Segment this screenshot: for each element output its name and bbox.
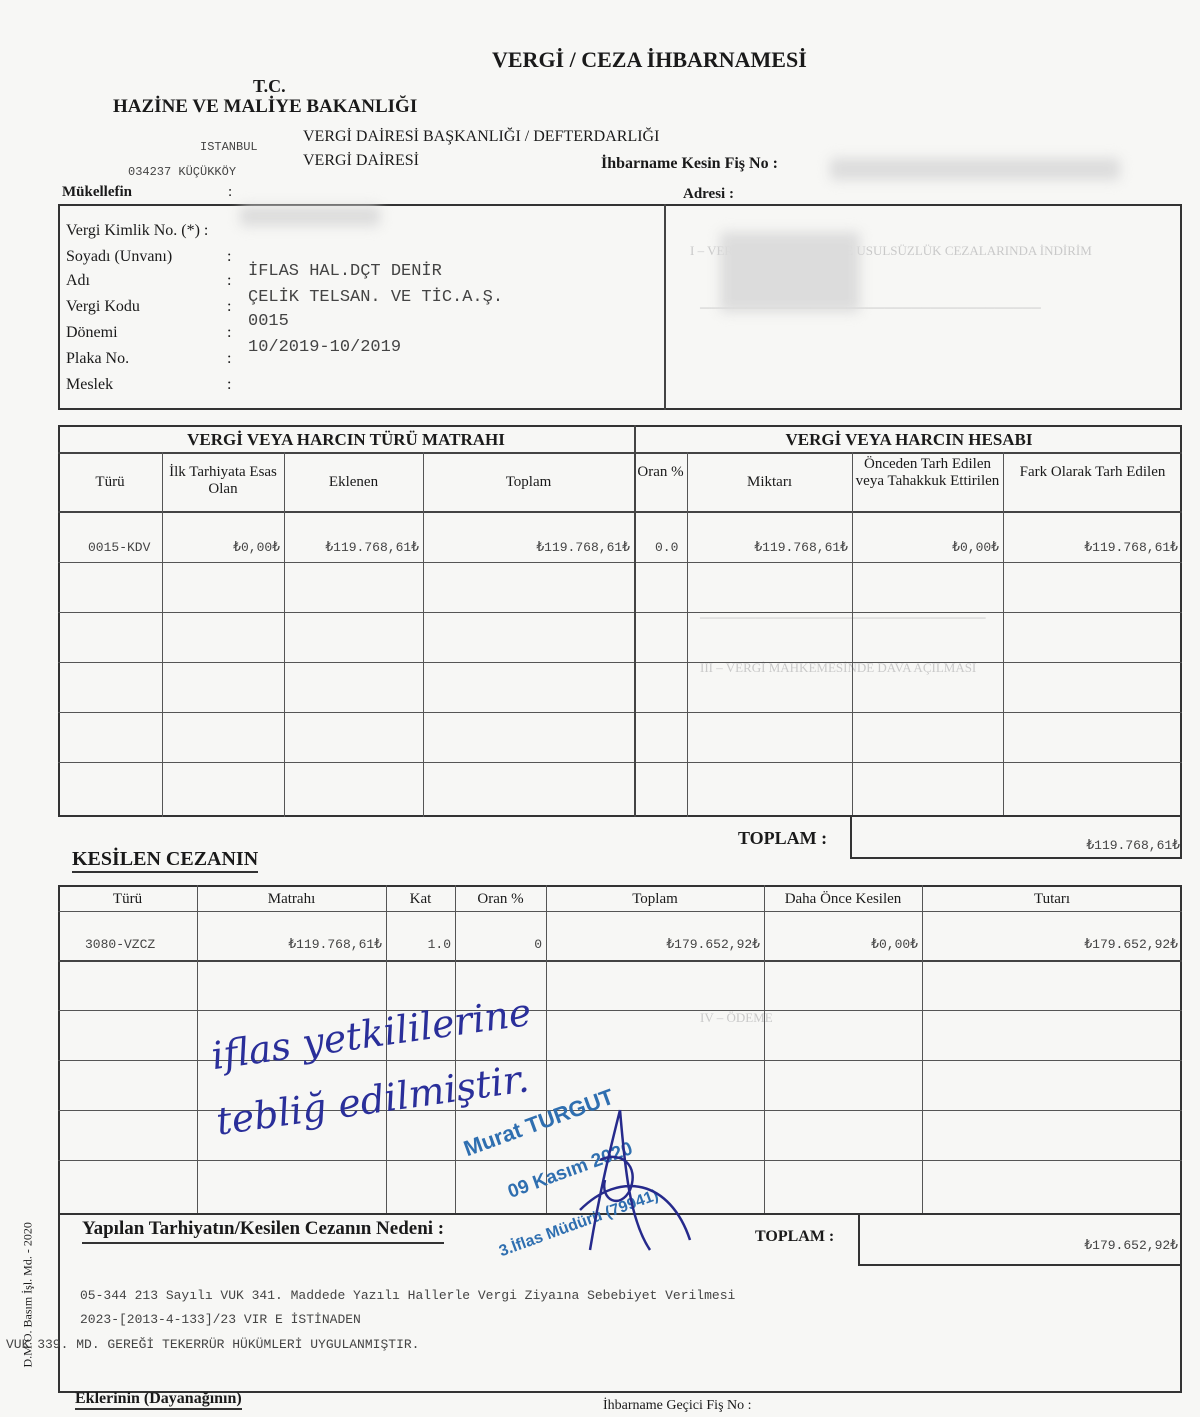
column-header: Daha Önce Kesilen [764, 891, 922, 908]
tax-table-rule [58, 712, 1182, 713]
column-header: Miktarı [687, 474, 852, 491]
tax-table-col [1003, 452, 1004, 817]
tax-table-rule [58, 762, 1182, 763]
tax-table-rule [58, 511, 1182, 513]
column-header: Fark Olarak Tarh Edilen [1003, 464, 1182, 481]
printer-mark: D.M.O. Basım İşl. Md. - 2020 [21, 1188, 36, 1368]
table-cell: 3080-VZCZ [85, 937, 155, 952]
penalty-table-col [455, 885, 456, 1215]
penalty-table-rule [58, 911, 1182, 912]
tax-table-col [162, 452, 163, 817]
field-label: Vergi Kimlik No. (*) : [66, 222, 208, 240]
tax-table-col [852, 452, 853, 817]
penalty-table-col [764, 885, 765, 1215]
column-header: Türü [58, 474, 162, 491]
penalty-total-label: TOPLAM : [755, 1228, 834, 1246]
column-header: Tutarı [922, 891, 1182, 908]
column-header: Oran % [455, 891, 546, 908]
tax-table-rule [58, 662, 1182, 663]
penalty-table-rule [58, 1010, 1182, 1011]
table-cell: ₺179.652,92₺ [1084, 937, 1178, 952]
table-cell: ₺119.768,61₺ [754, 540, 848, 555]
field-label: Plaka No. [66, 350, 129, 368]
field-colon: : [227, 298, 231, 316]
field-label: Dönemi [66, 324, 118, 342]
reason-line-1: 05-344 213 Sayılı VUK 341. Maddede Yazıl… [80, 1288, 735, 1303]
column-header: İlk Tarhiyata Esas Olan [162, 464, 284, 498]
kesin-fis-label: İhbarname Kesin Fiş No : [601, 155, 778, 173]
gecici-fis-label: İhbarname Geçici Fiş No : [603, 1398, 752, 1414]
penalty-table-col [197, 885, 198, 1215]
penalty-title: KESİLEN CEZANIN [72, 848, 258, 873]
redacted-address [720, 232, 860, 312]
redacted-fis-no [830, 158, 1120, 180]
table-cell: ₺179.652,92₺ [666, 937, 760, 952]
ekler-label: Eklerinin (Dayanağının) [75, 1390, 242, 1410]
field-colon: : [227, 324, 231, 342]
tax-table-col [687, 452, 688, 817]
office-code: 034237 KÜÇÜKKÖY [128, 165, 236, 179]
mukellefin-label: Mükellefin [62, 184, 132, 201]
table-cell: 0.0 [655, 540, 678, 555]
field-colon: : [227, 248, 231, 266]
column-header: Türü [58, 891, 197, 908]
office-line1: VERGİ DAİRESİ BAŞKANLIĞI / DEFTERDARLIĞI [303, 128, 659, 146]
penalty-table-col [922, 885, 923, 1215]
taxpayer-divider [664, 204, 666, 410]
field-value: 10/2019-10/2019 [248, 338, 401, 357]
table-cell: 0 [534, 937, 542, 952]
field-colon: : [227, 272, 231, 290]
field-colon: : [227, 350, 231, 368]
office-line2: VERGİ DAİRESİ [303, 152, 419, 170]
tc-label: T.C. [253, 76, 286, 97]
column-header: Kat [386, 891, 455, 908]
reason-line-2: 2023-[2013-4-133]/23 VIR E İSTİNADEN [80, 1312, 361, 1327]
table-cell: 0015-KDV [88, 540, 150, 555]
tax-table-rule [58, 612, 1182, 613]
tax-right-title: VERGİ VEYA HARCIN HESABI [636, 430, 1182, 450]
field-label: Vergi Kodu [66, 298, 140, 316]
tax-table-col [423, 452, 424, 817]
adresi-label: Adresi : [683, 186, 734, 203]
tax-left-title: VERGİ VEYA HARCIN TÜRÜ MATRAHI [58, 430, 634, 450]
table-cell: ₺119.768,61₺ [536, 540, 630, 555]
tax-table-rule [58, 452, 1182, 454]
field-colon: : [227, 376, 231, 394]
field-value: 0015 [248, 312, 289, 331]
field-label: Adı [66, 272, 90, 290]
document-title: VERGİ / CEZA İHBARNAMESİ [492, 47, 807, 73]
column-header: Oran % [634, 464, 687, 481]
table-cell: ₺0,00₺ [233, 540, 280, 555]
column-header: Matrahı [197, 891, 386, 908]
table-cell: ₺119.768,61₺ [1084, 540, 1178, 555]
reason-label: Yapılan Tarhiyatın/Kesilen Cezanın Neden… [82, 1218, 444, 1244]
column-header: Önceden Tarh Edilen veya Tahakkuk Ettiri… [852, 456, 1003, 490]
tax-table-rule [58, 562, 1182, 563]
table-cell: ₺0,00₺ [952, 540, 999, 555]
redacted-tax-id [240, 206, 380, 226]
penalty-table-rule [58, 960, 1182, 962]
table-cell: ₺119.768,61₺ [288, 937, 382, 952]
field-value: ÇELİK TELSAN. VE TİC.A.Ş. [248, 288, 503, 307]
signature [560, 1090, 700, 1260]
tax-total-label: TOPLAM : [738, 828, 827, 849]
field-label: Meslek [66, 376, 113, 394]
table-cell: ₺119.768,61₺ [325, 540, 419, 555]
column-header: Toplam [423, 474, 634, 491]
penalty-table-col [546, 885, 547, 1215]
tax-table-divider [634, 425, 636, 817]
reason-line-3: VUK 339. MD. GEREĞİ TEKERRÜR HÜKÜMLERİ U… [6, 1337, 419, 1352]
ministry-name: HAZİNE VE MALİYE BAKANLIĞI [113, 96, 417, 118]
tax-table-col [284, 452, 285, 817]
table-cell: 1.0 [428, 937, 451, 952]
table-cell: ₺0,00₺ [871, 937, 918, 952]
city-name: ISTANBUL [200, 140, 258, 154]
tax-total-value: ₺119.768,61₺ [1086, 838, 1180, 853]
column-header: Toplam [546, 891, 764, 908]
field-value: İFLAS HAL.DÇT DENİR [248, 262, 442, 281]
column-header: Eklenen [284, 474, 423, 491]
mukellefin-colon: : [228, 184, 232, 201]
penalty-total-value: ₺179.652,92₺ [1084, 1238, 1178, 1253]
field-label: Soyadı (Unvanı) [66, 248, 172, 266]
